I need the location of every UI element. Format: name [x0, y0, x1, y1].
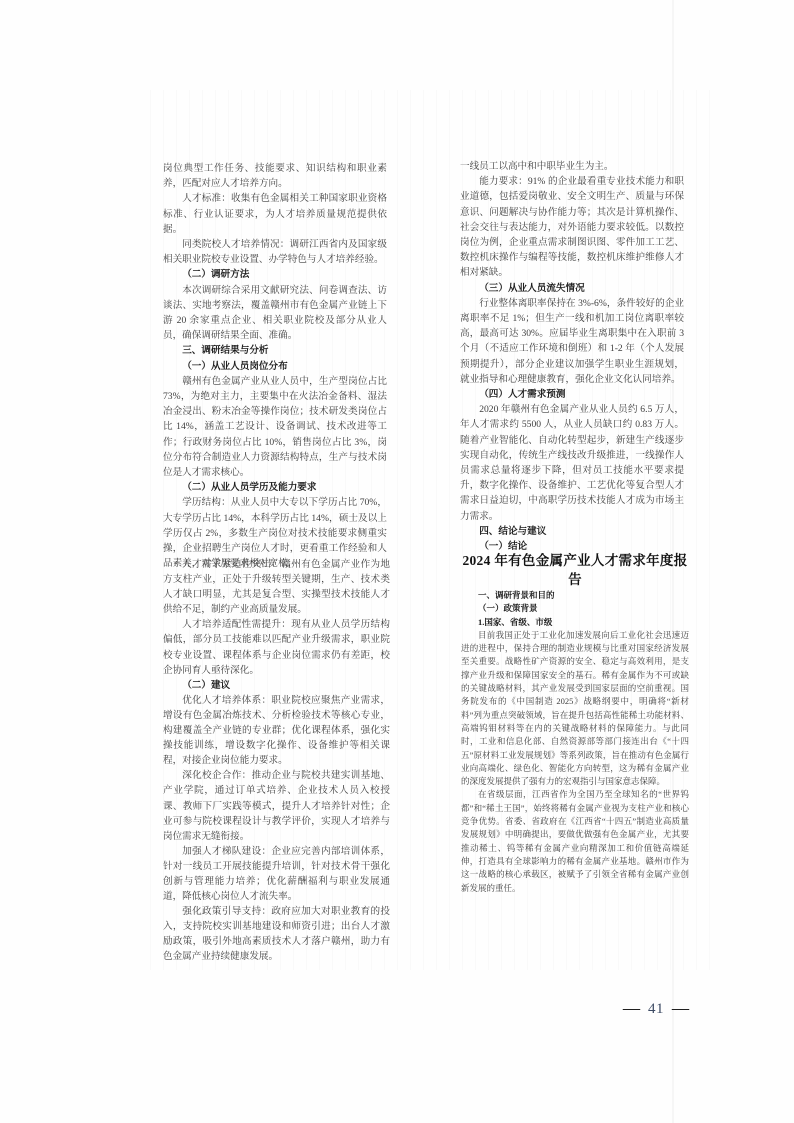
- body-paragraph: 行业整体离职率保持在 3%-6%，条件较好的企业离职率不足 1%；但生产一线和机…: [460, 296, 684, 387]
- report-title: 2024 年有色金属产业人才需求年度报告: [461, 551, 689, 589]
- page-number-value: 41: [648, 1001, 664, 1018]
- page-number-right-dash: —: [672, 1001, 689, 1018]
- column-top-right: 一线员工以高中和中职毕业生为主。能力要求：91% 的企业最看重专业技术能力和职业…: [460, 159, 684, 554]
- body-paragraph: 本次调研综合采用文献研究法、问卷调查法、访谈法、实地考察法，覆盖赣州市有色金属产…: [163, 283, 387, 344]
- scanned-document-page: 岗位典型工作任务、技能要求、知识结构和职业素养，匹配对应人才培养方向。人才标准：…: [0, 0, 794, 1123]
- section-heading: 1.国家、省级、市级: [461, 616, 689, 629]
- body-paragraph: 赣州有色金属产业从业人员中，生产型岗位占比 73%，为绝对主力，主要集中在火法冶…: [163, 374, 387, 480]
- body-paragraph: 能力要求：91% 的企业最看重专业技术能力和职业道德，包括爱岗敬业、安全文明生产…: [460, 174, 684, 280]
- body-paragraph: 深化校企合作：推动企业与院校共建实训基地、产业学院，通过订单式培养、企业技术人员…: [163, 768, 390, 843]
- body-paragraph: 人才需求紧迫性突出：赣州有色金属产业作为地方支柱产业，正处于升级转型关键期，生产…: [163, 557, 390, 617]
- body-paragraph: 在省级层面，江西省作为全国乃至全球知名的“世界钨都”和“稀土王国”，始终将稀有金…: [461, 788, 689, 894]
- body-paragraph: 2020 年赣州有色金属产业从业人员约 6.5 万人，年人才需求约 5500 人…: [460, 402, 684, 524]
- report-body: 一、调研背景和目的（一）政策背景1.国家、省级、市级目前我国正处于工业化加速发展…: [461, 589, 689, 895]
- section-heading: （二）调研方法: [163, 267, 387, 282]
- section-heading: 四、结论与建议: [460, 524, 684, 539]
- body-paragraph: 优化人才培养体系：职业院校应聚焦产业需求，增设有色金属冶炼技术、分析检验技术等核…: [163, 693, 390, 768]
- section-heading: （二）从业人员学历及能力要求: [163, 480, 387, 495]
- body-paragraph: 强化政策引导支持：政府应加大对职业教育的投入，支持院校实训基地建设和师资引进；出…: [163, 904, 390, 964]
- body-paragraph: 岗位典型工作任务、技能要求、知识结构和职业素养，匹配对应人才培养方向。: [163, 161, 387, 191]
- page-number-left-dash: —: [623, 1001, 640, 1018]
- section-heading: 一、调研背景和目的: [461, 589, 689, 602]
- column-bottom-right: 2024 年有色金属产业人才需求年度报告 一、调研背景和目的（一）政策背景1.国…: [461, 551, 689, 895]
- body-paragraph: 人才培养适配性需提升：现有从业人员学历结构偏低，部分员工技能难以匹配产业升级需求…: [163, 617, 390, 677]
- section-heading: （一）政策背景: [461, 602, 689, 615]
- column-bottom-left: 人才需求紧迫性突出：赣州有色金属产业作为地方支柱产业，正处于升级转型关键期，生产…: [163, 557, 390, 965]
- section-heading: （二）建议: [163, 678, 390, 693]
- section-heading: 三、调研结果与分析: [163, 343, 387, 358]
- body-paragraph: 加强人才梯队建设：企业应完善内部培训体系，针对一线员工开展技能提升培训，针对技术…: [163, 844, 390, 904]
- column-top-left: 岗位典型工作任务、技能要求、知识结构和职业素养，匹配对应人才培养方向。人才标准：…: [163, 161, 387, 571]
- section-heading: （三）从业人员流失情况: [460, 281, 684, 296]
- page-number: — 41 —: [600, 1001, 712, 1018]
- body-paragraph: 同类院校人才培养情况：调研江西省内及国家级相关职业院校专业设置、办学特色与人才培…: [163, 237, 387, 267]
- body-paragraph: 人才标准：收集有色金属相关工种国家职业资格标准、行业认证要求，为人才培养质量规范…: [163, 191, 387, 237]
- body-paragraph: 目前我国正处于工业化加速发展向后工业化社会迅速迈进的进程中，保持合理的制造业规模…: [461, 629, 689, 789]
- section-heading: （一）从业人员岗位分布: [163, 359, 387, 374]
- body-paragraph: 一线员工以高中和中职毕业生为主。: [460, 159, 684, 174]
- section-heading: （四）人才需求预测: [460, 387, 684, 402]
